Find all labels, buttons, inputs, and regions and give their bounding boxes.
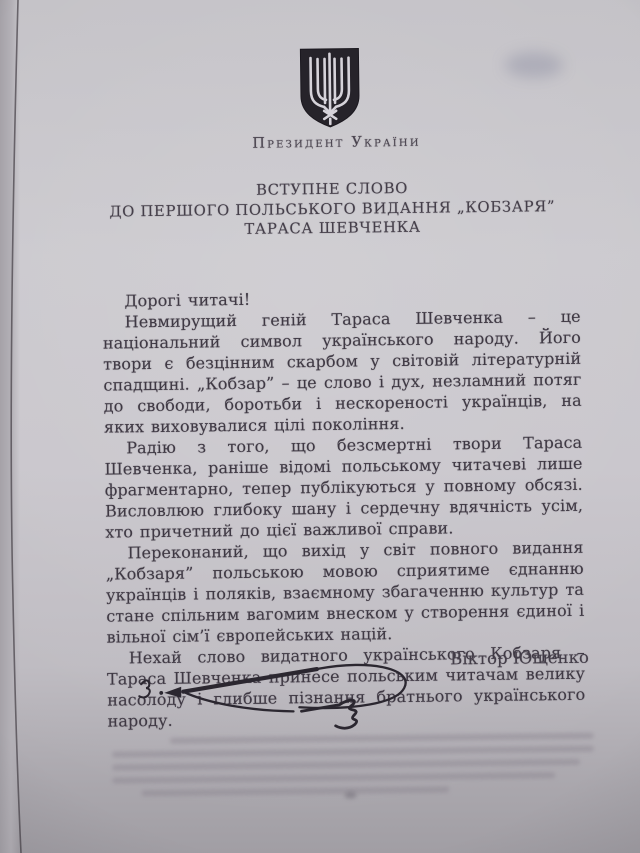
paragraph-2: Радію з того, що безсмертні твори Тараса… bbox=[104, 432, 583, 543]
printed-page-content: Президент України ВСТУПНЕ СЛОВО ДО ПЕРШО… bbox=[0, 0, 640, 853]
ukraine-trident-icon bbox=[294, 45, 365, 130]
coat-of-arms bbox=[294, 45, 365, 130]
paragraph-1: Невмирущий геній Тараса Шевченка – це на… bbox=[103, 306, 583, 438]
book-page-photo: Президент України ВСТУПНЕ СЛОВО ДО ПЕРШО… bbox=[0, 0, 640, 853]
showthrough-line bbox=[112, 746, 594, 758]
handwritten-signature-icon bbox=[121, 655, 422, 739]
signature-arrowhead bbox=[164, 687, 181, 698]
institution-line: Президент України bbox=[62, 131, 610, 154]
paragraph-3: Переконаний, що вихід у світ повного вид… bbox=[105, 537, 584, 648]
foreword-title: ВСТУПНЕ СЛОВО ДО ПЕРШОГО ПОЛЬСЬКОГО ВИДА… bbox=[43, 176, 622, 242]
showthrough-line bbox=[141, 786, 450, 796]
showthrough-line bbox=[112, 759, 580, 771]
showthrough-line bbox=[112, 772, 555, 783]
top-right-showthrough-smudge bbox=[505, 52, 563, 78]
